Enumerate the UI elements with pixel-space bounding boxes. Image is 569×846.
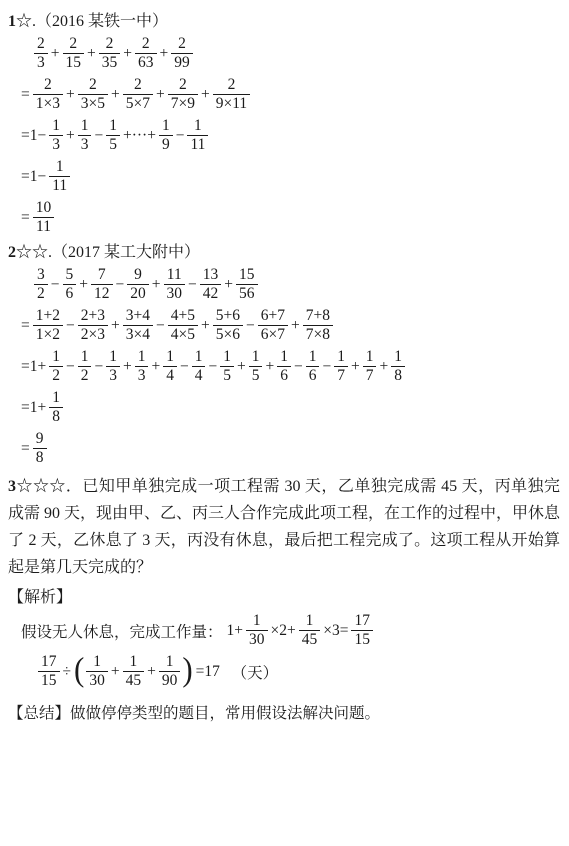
problem-1-heading: 1☆.（2016 某铁一中） bbox=[8, 10, 560, 33]
math-text: + bbox=[121, 358, 134, 376]
fraction-numerator: 7+8 bbox=[303, 308, 333, 326]
fraction-denominator: 11 bbox=[49, 177, 70, 194]
fraction-denominator: 7×9 bbox=[168, 95, 198, 112]
problem-3-text: 3☆☆☆．已知甲单独完成一项工程需 30 天，乙单独完成需 45 天，丙单独完成… bbox=[8, 473, 560, 581]
fraction-denominator: 3×4 bbox=[123, 326, 153, 343]
fraction-numerator: 17 bbox=[38, 654, 60, 672]
fraction-numerator: 1 bbox=[306, 349, 320, 367]
fraction: 1342 bbox=[200, 267, 222, 302]
fraction-denominator: 15 bbox=[351, 631, 373, 648]
fraction-numerator: 1 bbox=[334, 349, 348, 367]
fraction: 2+32×3 bbox=[78, 308, 108, 343]
math-text: = bbox=[19, 86, 32, 104]
fraction-denominator: 8 bbox=[391, 367, 405, 384]
equation-line: 1715÷(130+145+190)=17 （天） bbox=[37, 651, 560, 692]
equation-line: =1−13+13−15+···+19−111 bbox=[19, 115, 560, 156]
equation-line: =98 bbox=[19, 428, 560, 469]
math-text: − bbox=[244, 317, 257, 335]
fraction: 15 bbox=[106, 118, 120, 153]
fraction: 3+43×4 bbox=[123, 308, 153, 343]
fraction-numerator: 1 bbox=[187, 118, 208, 136]
fraction: 12 bbox=[49, 349, 63, 384]
fraction-numerator: 2 bbox=[123, 77, 153, 95]
math-text: + bbox=[85, 45, 98, 63]
fraction: 14 bbox=[192, 349, 206, 384]
fraction: 1011 bbox=[33, 200, 55, 235]
math-text: − bbox=[92, 127, 105, 145]
fraction-denominator: 7×8 bbox=[303, 326, 333, 343]
fraction-denominator: 2 bbox=[49, 367, 63, 384]
math-text: + bbox=[222, 276, 235, 294]
problem-3-stars: ☆☆☆． bbox=[16, 478, 82, 495]
fraction: 145 bbox=[123, 654, 145, 689]
fraction-denominator: 30 bbox=[164, 285, 186, 302]
math-text: = bbox=[19, 317, 32, 335]
math-text: − bbox=[92, 358, 105, 376]
fraction-denominator: 11 bbox=[33, 218, 55, 235]
summary-label: 【总结】 bbox=[8, 705, 70, 722]
math-text: + bbox=[349, 358, 362, 376]
analysis-section: 【解析】 假设无人休息，完成工作量：1+130×2+145×3=17151715… bbox=[8, 586, 560, 692]
fraction: 111 bbox=[49, 159, 70, 194]
fraction: 27×9 bbox=[168, 77, 198, 112]
fraction-numerator: 1+2 bbox=[33, 308, 63, 326]
math-text: + bbox=[377, 358, 390, 376]
fraction-denominator: 1×2 bbox=[33, 326, 63, 343]
fraction: 111 bbox=[187, 118, 208, 153]
fraction-numerator: 2 bbox=[78, 77, 108, 95]
fraction-denominator: 90 bbox=[159, 672, 181, 689]
fraction-numerator: 4+5 bbox=[168, 308, 198, 326]
fraction-denominator: 56 bbox=[236, 285, 258, 302]
fraction-denominator: 3 bbox=[34, 54, 48, 71]
fraction: 21×3 bbox=[33, 77, 63, 112]
math-text: + bbox=[64, 127, 77, 145]
worksheet-page: 1☆.（2016 某铁一中） 23+215+235+263+299=21×3+2… bbox=[0, 0, 569, 726]
fraction: 130 bbox=[246, 613, 268, 648]
fraction: 5+65×6 bbox=[213, 308, 243, 343]
fraction-denominator: 5×6 bbox=[213, 326, 243, 343]
fraction: 1715 bbox=[38, 654, 60, 689]
fraction-denominator: 7 bbox=[334, 367, 348, 384]
fraction-denominator: 45 bbox=[123, 672, 145, 689]
fraction-numerator: 1 bbox=[391, 349, 405, 367]
fraction-numerator: 3+4 bbox=[123, 308, 153, 326]
fraction-denominator: 1×3 bbox=[33, 95, 63, 112]
math-text: = bbox=[19, 209, 32, 227]
fraction-numerator: 1 bbox=[363, 349, 377, 367]
fraction-denominator: 3×5 bbox=[78, 95, 108, 112]
fraction: 15 bbox=[220, 349, 234, 384]
fraction-numerator: 1 bbox=[163, 349, 177, 367]
fraction-numerator: 1 bbox=[78, 118, 92, 136]
fraction-numerator: 1 bbox=[192, 349, 206, 367]
fraction-numerator: 2+3 bbox=[78, 308, 108, 326]
fraction: 145 bbox=[299, 613, 321, 648]
math-text: 1+ bbox=[225, 622, 246, 640]
fraction-denominator: 5 bbox=[249, 367, 263, 384]
big-paren: ( bbox=[73, 653, 85, 691]
fraction: 32 bbox=[34, 267, 48, 302]
fraction-denominator: 9×11 bbox=[213, 95, 250, 112]
fraction-denominator: 3 bbox=[78, 136, 92, 153]
fraction-numerator: 11 bbox=[164, 267, 186, 285]
fraction-denominator: 3 bbox=[135, 367, 149, 384]
fraction: 56 bbox=[63, 267, 77, 302]
fraction: 920 bbox=[127, 267, 149, 302]
fraction: 29×11 bbox=[213, 77, 250, 112]
math-text: ÷ bbox=[61, 663, 74, 681]
fraction-numerator: 2 bbox=[63, 36, 85, 54]
math-text: − bbox=[114, 276, 127, 294]
math-text: + bbox=[235, 358, 248, 376]
problem-1-number: 1 bbox=[8, 13, 16, 30]
fraction-denominator: 15 bbox=[38, 672, 60, 689]
math-text: + bbox=[149, 358, 162, 376]
fraction-numerator: 1 bbox=[123, 654, 145, 672]
math-text: − bbox=[64, 358, 77, 376]
fraction-numerator: 2 bbox=[135, 36, 157, 54]
fraction-denominator: 7 bbox=[363, 367, 377, 384]
problem-2-heading: 2☆☆.（2017 某工大附中） bbox=[8, 241, 560, 264]
fraction-numerator: 3 bbox=[34, 267, 48, 285]
equation-line: =1011 bbox=[19, 197, 560, 238]
fraction: 17 bbox=[363, 349, 377, 384]
fraction: 23 bbox=[34, 36, 48, 71]
math-text: + bbox=[64, 86, 77, 104]
equation-line: =1−111 bbox=[19, 156, 560, 197]
math-text: + bbox=[154, 86, 167, 104]
fraction-numerator: 1 bbox=[135, 349, 149, 367]
fraction-denominator: 3 bbox=[106, 367, 120, 384]
analysis-label: 【解析】 bbox=[8, 586, 560, 610]
equation-line: =21×3+23×5+25×7+27×9+29×11 bbox=[19, 74, 560, 115]
fraction-denominator: 42 bbox=[200, 285, 222, 302]
problem-2-number: 2 bbox=[8, 244, 16, 261]
problem-2: 2☆☆.（2017 某工大附中） 32−56+712−920+1130−1342… bbox=[8, 241, 560, 469]
fraction-numerator: 1 bbox=[49, 159, 70, 177]
fraction: 18 bbox=[391, 349, 405, 384]
fraction-numerator: 2 bbox=[171, 36, 193, 54]
fraction: 215 bbox=[63, 36, 85, 71]
fraction-denominator: 6 bbox=[277, 367, 291, 384]
fraction-denominator: 2 bbox=[34, 285, 48, 302]
fraction-denominator: 30 bbox=[246, 631, 268, 648]
math-text: − bbox=[186, 276, 199, 294]
equation-line: =1+12−12−13+13+14−14−15+15+16−16−17+17+1… bbox=[19, 346, 560, 387]
fraction-denominator: 5×7 bbox=[123, 95, 153, 112]
fraction-numerator: 1 bbox=[277, 349, 291, 367]
math-text: + bbox=[109, 317, 122, 335]
math-text: +···+ bbox=[121, 127, 158, 145]
fraction-denominator: 15 bbox=[63, 54, 85, 71]
fraction-numerator: 1 bbox=[106, 349, 120, 367]
math-text: ×3= bbox=[321, 622, 350, 640]
fraction-denominator: 2×3 bbox=[78, 326, 108, 343]
math-text: + bbox=[121, 45, 134, 63]
fraction-denominator: 8 bbox=[33, 449, 47, 466]
fraction: 7+87×8 bbox=[303, 308, 333, 343]
problem-1-source: ☆.（2016 某铁一中） bbox=[16, 13, 168, 30]
math-text: + bbox=[199, 317, 212, 335]
analysis-work: 假设无人休息，完成工作量：1+130×2+145×3=17151715÷(130… bbox=[8, 610, 560, 692]
fraction-numerator: 1 bbox=[159, 654, 181, 672]
math-text: = bbox=[19, 440, 32, 458]
fraction: 13 bbox=[106, 349, 120, 384]
fraction-numerator: 9 bbox=[33, 431, 47, 449]
fraction-numerator: 17 bbox=[351, 613, 373, 631]
math-text: − bbox=[292, 358, 305, 376]
math-text: （天） bbox=[222, 661, 280, 683]
fraction: 98 bbox=[33, 431, 47, 466]
math-text: − bbox=[206, 358, 219, 376]
fraction-denominator: 5 bbox=[106, 136, 120, 153]
fraction-denominator: 4 bbox=[192, 367, 206, 384]
fraction: 16 bbox=[277, 349, 291, 384]
big-paren: ) bbox=[181, 653, 193, 691]
fraction: 1715 bbox=[351, 613, 373, 648]
fraction-denominator: 63 bbox=[135, 54, 157, 71]
fraction-denominator: 11 bbox=[187, 136, 208, 153]
math-text: + bbox=[109, 663, 122, 681]
fraction-numerator: 7 bbox=[91, 267, 113, 285]
fraction-numerator: 1 bbox=[49, 390, 63, 408]
equation-line: 假设无人休息，完成工作量：1+130×2+145×3=1715 bbox=[19, 610, 560, 651]
fraction-numerator: 1 bbox=[106, 118, 120, 136]
fraction-numerator: 13 bbox=[200, 267, 222, 285]
fraction-numerator: 1 bbox=[49, 349, 63, 367]
math-text: =1+ bbox=[19, 399, 48, 417]
math-text: + bbox=[49, 45, 62, 63]
fraction-denominator: 5 bbox=[220, 367, 234, 384]
math-text: =1− bbox=[19, 127, 48, 145]
fraction: 17 bbox=[334, 349, 348, 384]
fraction-denominator: 2 bbox=[78, 367, 92, 384]
math-text: − bbox=[178, 358, 191, 376]
math-text: + bbox=[158, 45, 171, 63]
fraction-denominator: 9 bbox=[159, 136, 173, 153]
fraction-numerator: 9 bbox=[127, 267, 149, 285]
fraction: 14 bbox=[163, 349, 177, 384]
math-text: − bbox=[154, 317, 167, 335]
fraction-numerator: 1 bbox=[299, 613, 321, 631]
fraction-numerator: 1 bbox=[246, 613, 268, 631]
math-text: + bbox=[150, 276, 163, 294]
math-text: =17 bbox=[194, 663, 222, 681]
problem-2-solution: 32−56+712−920+1130−1342+1556=1+21×2−2+32… bbox=[8, 264, 560, 469]
math-text: =1− bbox=[19, 168, 48, 186]
fraction-numerator: 2 bbox=[168, 77, 198, 95]
fraction: 1556 bbox=[236, 267, 258, 302]
fraction-denominator: 99 bbox=[171, 54, 193, 71]
fraction-numerator: 2 bbox=[213, 77, 250, 95]
fraction-denominator: 6 bbox=[63, 285, 77, 302]
fraction: 13 bbox=[78, 118, 92, 153]
math-text: + bbox=[109, 86, 122, 104]
fraction-numerator: 2 bbox=[33, 77, 63, 95]
fraction-numerator: 1 bbox=[220, 349, 234, 367]
math-text: − bbox=[320, 358, 333, 376]
problem-1-solution: 23+215+235+263+299=21×3+23×5+25×7+27×9+2… bbox=[8, 33, 560, 238]
fraction-denominator: 8 bbox=[49, 408, 63, 425]
fraction: 235 bbox=[99, 36, 121, 71]
equation-line: 23+215+235+263+299 bbox=[33, 33, 560, 74]
fraction-denominator: 6 bbox=[306, 367, 320, 384]
fraction: 23×5 bbox=[78, 77, 108, 112]
fraction: 1130 bbox=[164, 267, 186, 302]
summary-text: 做做停停类型的题目，常用假设法解决问题。 bbox=[70, 705, 380, 722]
fraction: 299 bbox=[171, 36, 193, 71]
fraction-numerator: 10 bbox=[33, 200, 55, 218]
fraction-denominator: 6×7 bbox=[258, 326, 288, 343]
fraction: 18 bbox=[49, 390, 63, 425]
math-text: − bbox=[64, 317, 77, 335]
math-text: =1+ bbox=[19, 358, 48, 376]
math-text: − bbox=[174, 127, 187, 145]
fraction-denominator: 12 bbox=[91, 285, 113, 302]
fraction: 130 bbox=[86, 654, 108, 689]
math-text: + bbox=[199, 86, 212, 104]
fraction: 4+54×5 bbox=[168, 308, 198, 343]
fraction: 712 bbox=[91, 267, 113, 302]
equation-line: =1+21×2−2+32×3+3+43×4−4+54×5+5+65×6−6+76… bbox=[19, 305, 560, 346]
problem-3-number: 3 bbox=[8, 478, 16, 495]
equation-line: =1+18 bbox=[19, 387, 560, 428]
fraction: 12 bbox=[78, 349, 92, 384]
fraction-denominator: 4 bbox=[163, 367, 177, 384]
fraction-numerator: 1 bbox=[249, 349, 263, 367]
fraction-denominator: 45 bbox=[299, 631, 321, 648]
fraction: 13 bbox=[135, 349, 149, 384]
math-text: + bbox=[289, 317, 302, 335]
fraction-numerator: 1 bbox=[159, 118, 173, 136]
fraction: 15 bbox=[249, 349, 263, 384]
fraction: 13 bbox=[49, 118, 63, 153]
problem-2-source: ☆☆.（2017 某工大附中） bbox=[16, 244, 200, 261]
math-text: + bbox=[263, 358, 276, 376]
fraction: 190 bbox=[159, 654, 181, 689]
summary: 【总结】做做停停类型的题目，常用假设法解决问题。 bbox=[8, 702, 560, 726]
math-text: ×2+ bbox=[269, 622, 298, 640]
fraction: 19 bbox=[159, 118, 173, 153]
math-text: − bbox=[49, 276, 62, 294]
fraction-numerator: 1 bbox=[49, 118, 63, 136]
fraction-numerator: 6+7 bbox=[258, 308, 288, 326]
fraction-denominator: 35 bbox=[99, 54, 121, 71]
fraction-numerator: 1 bbox=[86, 654, 108, 672]
fraction-numerator: 2 bbox=[99, 36, 121, 54]
fraction-denominator: 3 bbox=[49, 136, 63, 153]
problem-3: 3☆☆☆．已知甲单独完成一项工程需 30 天，乙单独完成需 45 天，丙单独完成… bbox=[8, 473, 560, 581]
fraction: 16 bbox=[306, 349, 320, 384]
fraction-numerator: 1 bbox=[78, 349, 92, 367]
fraction-numerator: 2 bbox=[34, 36, 48, 54]
problem-1: 1☆.（2016 某铁一中） 23+215+235+263+299=21×3+2… bbox=[8, 10, 560, 238]
math-text: + bbox=[145, 663, 158, 681]
fraction-denominator: 30 bbox=[86, 672, 108, 689]
fraction-numerator: 5+6 bbox=[213, 308, 243, 326]
math-text: + bbox=[77, 276, 90, 294]
fraction: 263 bbox=[135, 36, 157, 71]
equation-line: 32−56+712−920+1130−1342+1556 bbox=[33, 264, 560, 305]
fraction-numerator: 15 bbox=[236, 267, 258, 285]
math-text: 假设无人休息，完成工作量： bbox=[19, 620, 225, 642]
fraction-denominator: 20 bbox=[127, 285, 149, 302]
fraction: 1+21×2 bbox=[33, 308, 63, 343]
fraction-numerator: 5 bbox=[63, 267, 77, 285]
fraction: 6+76×7 bbox=[258, 308, 288, 343]
fraction: 25×7 bbox=[123, 77, 153, 112]
problem-3-statement: 已知甲单独完成一项工程需 30 天，乙单独完成需 45 天，丙单独完成需 90 … bbox=[8, 478, 560, 576]
fraction-denominator: 4×5 bbox=[168, 326, 198, 343]
